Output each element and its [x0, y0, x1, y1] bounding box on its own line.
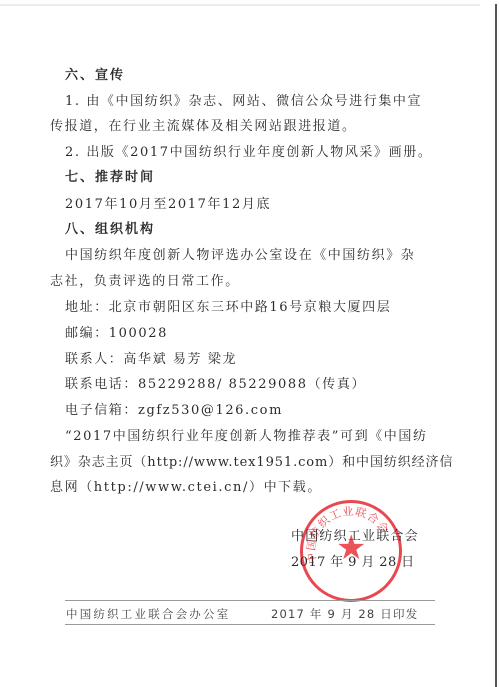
paragraph-line: 1. 由《中国纺织》杂志、网站、微信公众号进行集中宣	[65, 94, 422, 110]
page-right-edge	[495, 4, 497, 687]
contact-person-line: 联系人：高华斌 易芳 梁龙	[65, 352, 237, 368]
paragraph-line: 志社，负责评选的日常工作。	[50, 274, 240, 290]
signature-date: 2017 年 9 月 28 日	[291, 551, 415, 570]
page-top-edge	[0, 4, 480, 6]
footer-issuer: 中国纺织工业联合会办公室	[66, 606, 230, 622]
paragraph-line: 中国纺织年度创新人物评选办公室设在《中国纺织》杂	[65, 248, 415, 264]
paragraph-line: “2017中国纺织行业年度创新人物推荐表”可到《中国纺	[65, 429, 428, 445]
footer-top-rule	[65, 600, 435, 601]
footer-bottom-rule	[65, 624, 435, 625]
section-heading-publicity: 六、宣传	[65, 68, 125, 84]
email-line: 电子信箱：zgfz530@126.com	[65, 403, 283, 419]
paragraph-line: 2. 出版《2017中国纺织行业年度创新人物风采》画册。	[65, 145, 432, 161]
phone-line: 联系电话：85229288/ 85229088（传真）	[65, 377, 366, 393]
paragraph-line: 织》杂志主页（http://www.tex1951.com）和中国纺织经济信	[50, 455, 453, 471]
footer-issue-date: 2017 年 9 月 28 日印发	[271, 606, 418, 622]
section-heading-time: 七、推荐时间	[65, 170, 155, 186]
paragraph-line: 2017年10月至2017年12月底	[65, 197, 271, 213]
section-heading-organization: 八、组织机构	[65, 222, 155, 238]
paragraph-line: 息网（http://www.ctei.cn/）中下载。	[50, 480, 322, 496]
paragraph-line: 传报道，在行业主流媒体及相关网站跟进报道。	[50, 119, 357, 135]
signature-organization: 中国纺织工业联合会	[291, 525, 419, 544]
postcode-line: 邮编：100028	[65, 326, 168, 342]
address-line: 地址：北京市朝阳区东三环中路16号京粮大厦四层	[65, 300, 391, 316]
